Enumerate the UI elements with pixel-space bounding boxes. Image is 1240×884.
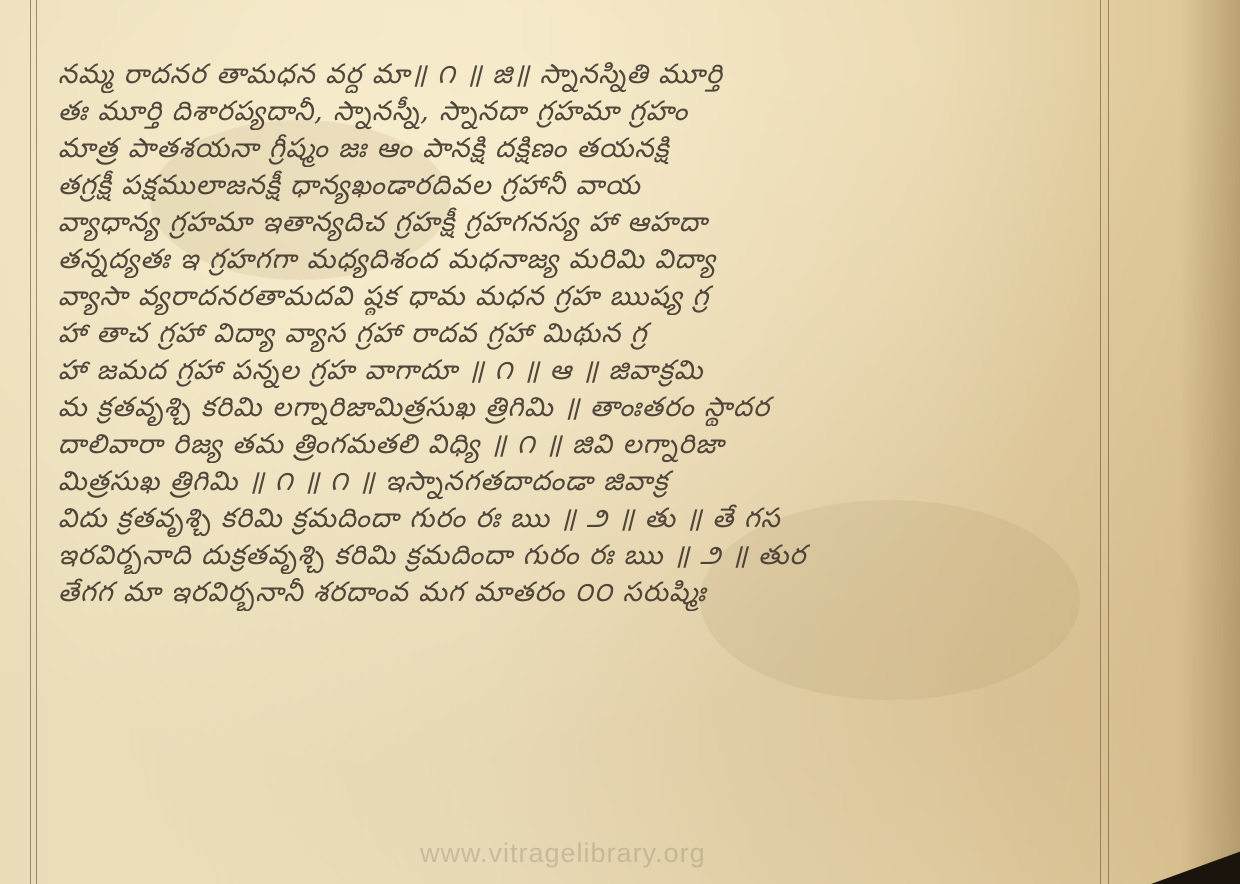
text-line: హా జమద గ్రహా పన్నల గ్రహ వాగాదూ ॥ ౧ ॥ ఆ ॥… <box>58 352 1128 389</box>
left-margin-line <box>30 0 31 884</box>
text-line: దాలివారా రిజ్య తమ త్రింగమతలి విధ్యి ॥ ౧ … <box>58 426 1128 463</box>
text-line: వ్యాసా వ్యరాదనరతామదవి ష్ఠక ధామ మధన గ్రహ … <box>58 278 1128 315</box>
page-corner-shadow <box>1150 844 1240 884</box>
manuscript-page: నమ్మ రాదనర తామధన వర్ధ మా॥ ౧ ॥ జి॥ స్నానస… <box>0 0 1240 884</box>
text-line: వ్యాధాన్య గ్రహమా ఇతాన్యదిచ గ్రహక్షీ గ్రహ… <box>58 204 1128 241</box>
text-line: నమ్మ రాదనర తామధన వర్ధ మా॥ ౧ ॥ జి॥ స్నానస… <box>58 56 1128 93</box>
text-line: మ క్రతవృశ్చి కరిమి లగ్నారిజామిత్రసుఖ త్ర… <box>58 389 1128 426</box>
text-line: హా తాచ గ్రహా విద్యా వ్యాస గ్రహా రాదవ గ్ర… <box>58 315 1128 352</box>
text-line: ఇరవిర్భనాది దుక్రతవృశ్చి కరిమి క్రమదిందా… <box>58 537 1128 574</box>
watermark: www.vitragelibrary.org <box>420 838 706 869</box>
text-line: తన్నద్యతః ఇ గ్రహగగా మధ్యదిశంద మధనాజ్య మర… <box>58 241 1128 278</box>
left-margin-line <box>36 0 37 884</box>
text-line: మాత్ర పాతశయనా గ్రీష్మం జః ఆం పానక్షి దక్… <box>58 130 1128 167</box>
text-line: తః మూర్తి దిశారప్యదానీ, స్నానస్నీ, స్నాన… <box>58 93 1128 130</box>
manuscript-text: నమ్మ రాదనర తామధన వర్ధ మా॥ ౧ ॥ జి॥ స్నానస… <box>58 56 1128 611</box>
text-line: విదు క్రతవృశ్చి కరిమి క్రమదిందా గురం రః … <box>58 500 1128 537</box>
text-line: తేగగ మా ఇరవిర్భనానీ శరదాంవ మగ మాతరం ౦౦ స… <box>58 574 1128 611</box>
page-edge-shadow <box>1180 0 1240 884</box>
text-line: తగ్రక్షీ పక్షములాజనక్షీ ధాన్యఖండారదివల గ… <box>58 167 1128 204</box>
text-line: మిత్రసుఖ త్రిగిమి ॥ ౧ ॥ ౧ ॥ ఇస్నానగతదాదం… <box>58 463 1128 500</box>
